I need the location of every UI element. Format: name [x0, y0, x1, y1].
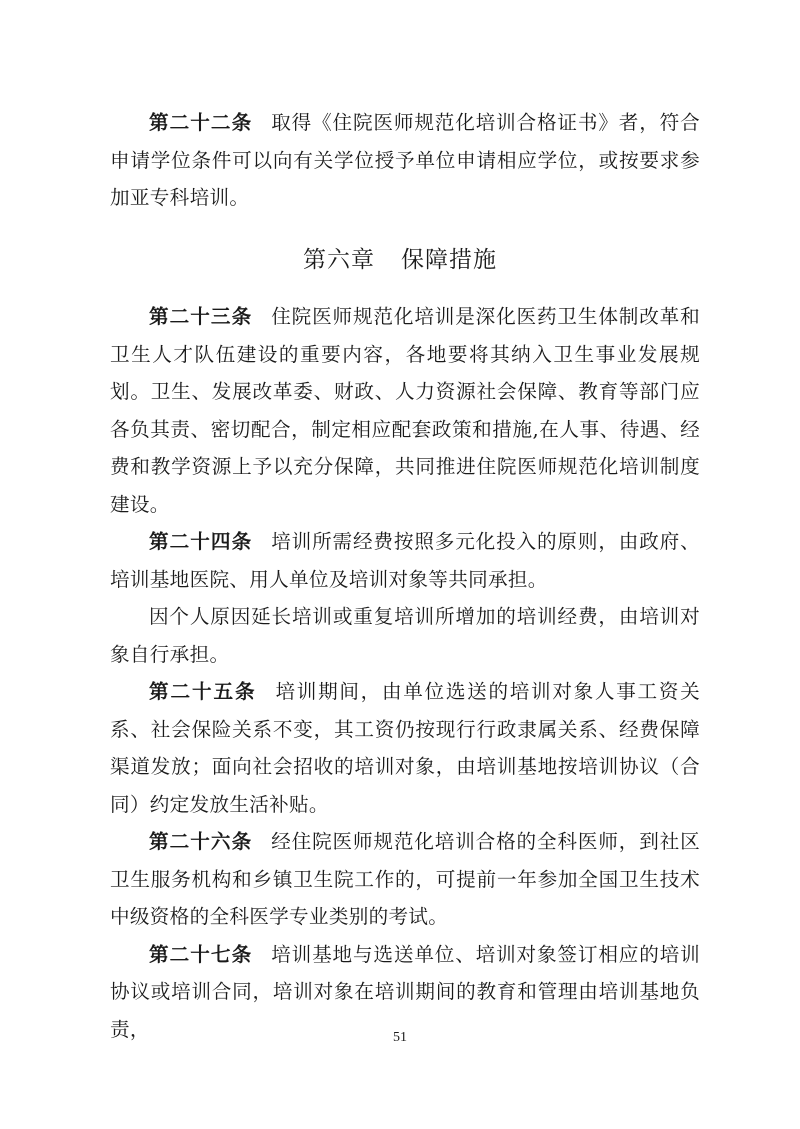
- chapter-number: 第六章: [303, 247, 375, 273]
- article-text: 住院医师规范化培训是深化医药卫生体制改革和卫生人才队伍建设的重要内容，各地要将其…: [110, 305, 700, 516]
- article-number: 第二十三条: [149, 305, 252, 328]
- paragraph-article-22: 第二十二条取得《住院医师规范化培训合格证书》者，符合申请学位条件可以向有关学位授…: [110, 104, 700, 217]
- page-number: 51: [0, 1030, 800, 1046]
- article-number: 第二十四条: [149, 530, 252, 553]
- paragraph-article-24: 第二十四条培训所需经费按照多元化投入的原则，由政府、培训基地医院、用人单位及培训…: [110, 523, 700, 598]
- paragraph-article-24-cont: 因个人原因延长培训或重复培训所增加的培训经费，由培训对象自行承担。: [110, 598, 700, 673]
- chapter-title: 保障措施: [401, 247, 497, 273]
- paragraph-article-26: 第二十六条经住院医师规范化培训合格的全科医师，到社区卫生服务机构和乡镇卫生院工作…: [110, 823, 700, 936]
- article-number: 第二十六条: [149, 830, 252, 853]
- document-page: 第二十二条取得《住院医师规范化培训合格证书》者，符合申请学位条件可以向有关学位授…: [0, 0, 800, 1129]
- article-number: 第二十二条: [149, 111, 252, 134]
- chapter-body: 第二十三条住院医师规范化培训是深化医药卫生体制改革和卫生人才队伍建设的重要内容，…: [110, 298, 700, 1048]
- article-text: 因个人原因延长培训或重复培训所增加的培训经费，由培训对象自行承担。: [110, 605, 700, 666]
- article-number: 第二十七条: [149, 943, 252, 966]
- chapter-heading: 第六章保障措施: [0, 241, 800, 274]
- article-number: 第二十五条: [149, 680, 256, 703]
- paragraph-article-25: 第二十五条培训期间，由单位选送的培训对象人事工资关系、社会保险关系不变，其工资仍…: [110, 673, 700, 823]
- paragraph-article-23: 第二十三条住院医师规范化培训是深化医药卫生体制改革和卫生人才队伍建设的重要内容，…: [110, 298, 700, 523]
- article-22-block: 第二十二条取得《住院医师规范化培训合格证书》者，符合申请学位条件可以向有关学位授…: [110, 104, 700, 217]
